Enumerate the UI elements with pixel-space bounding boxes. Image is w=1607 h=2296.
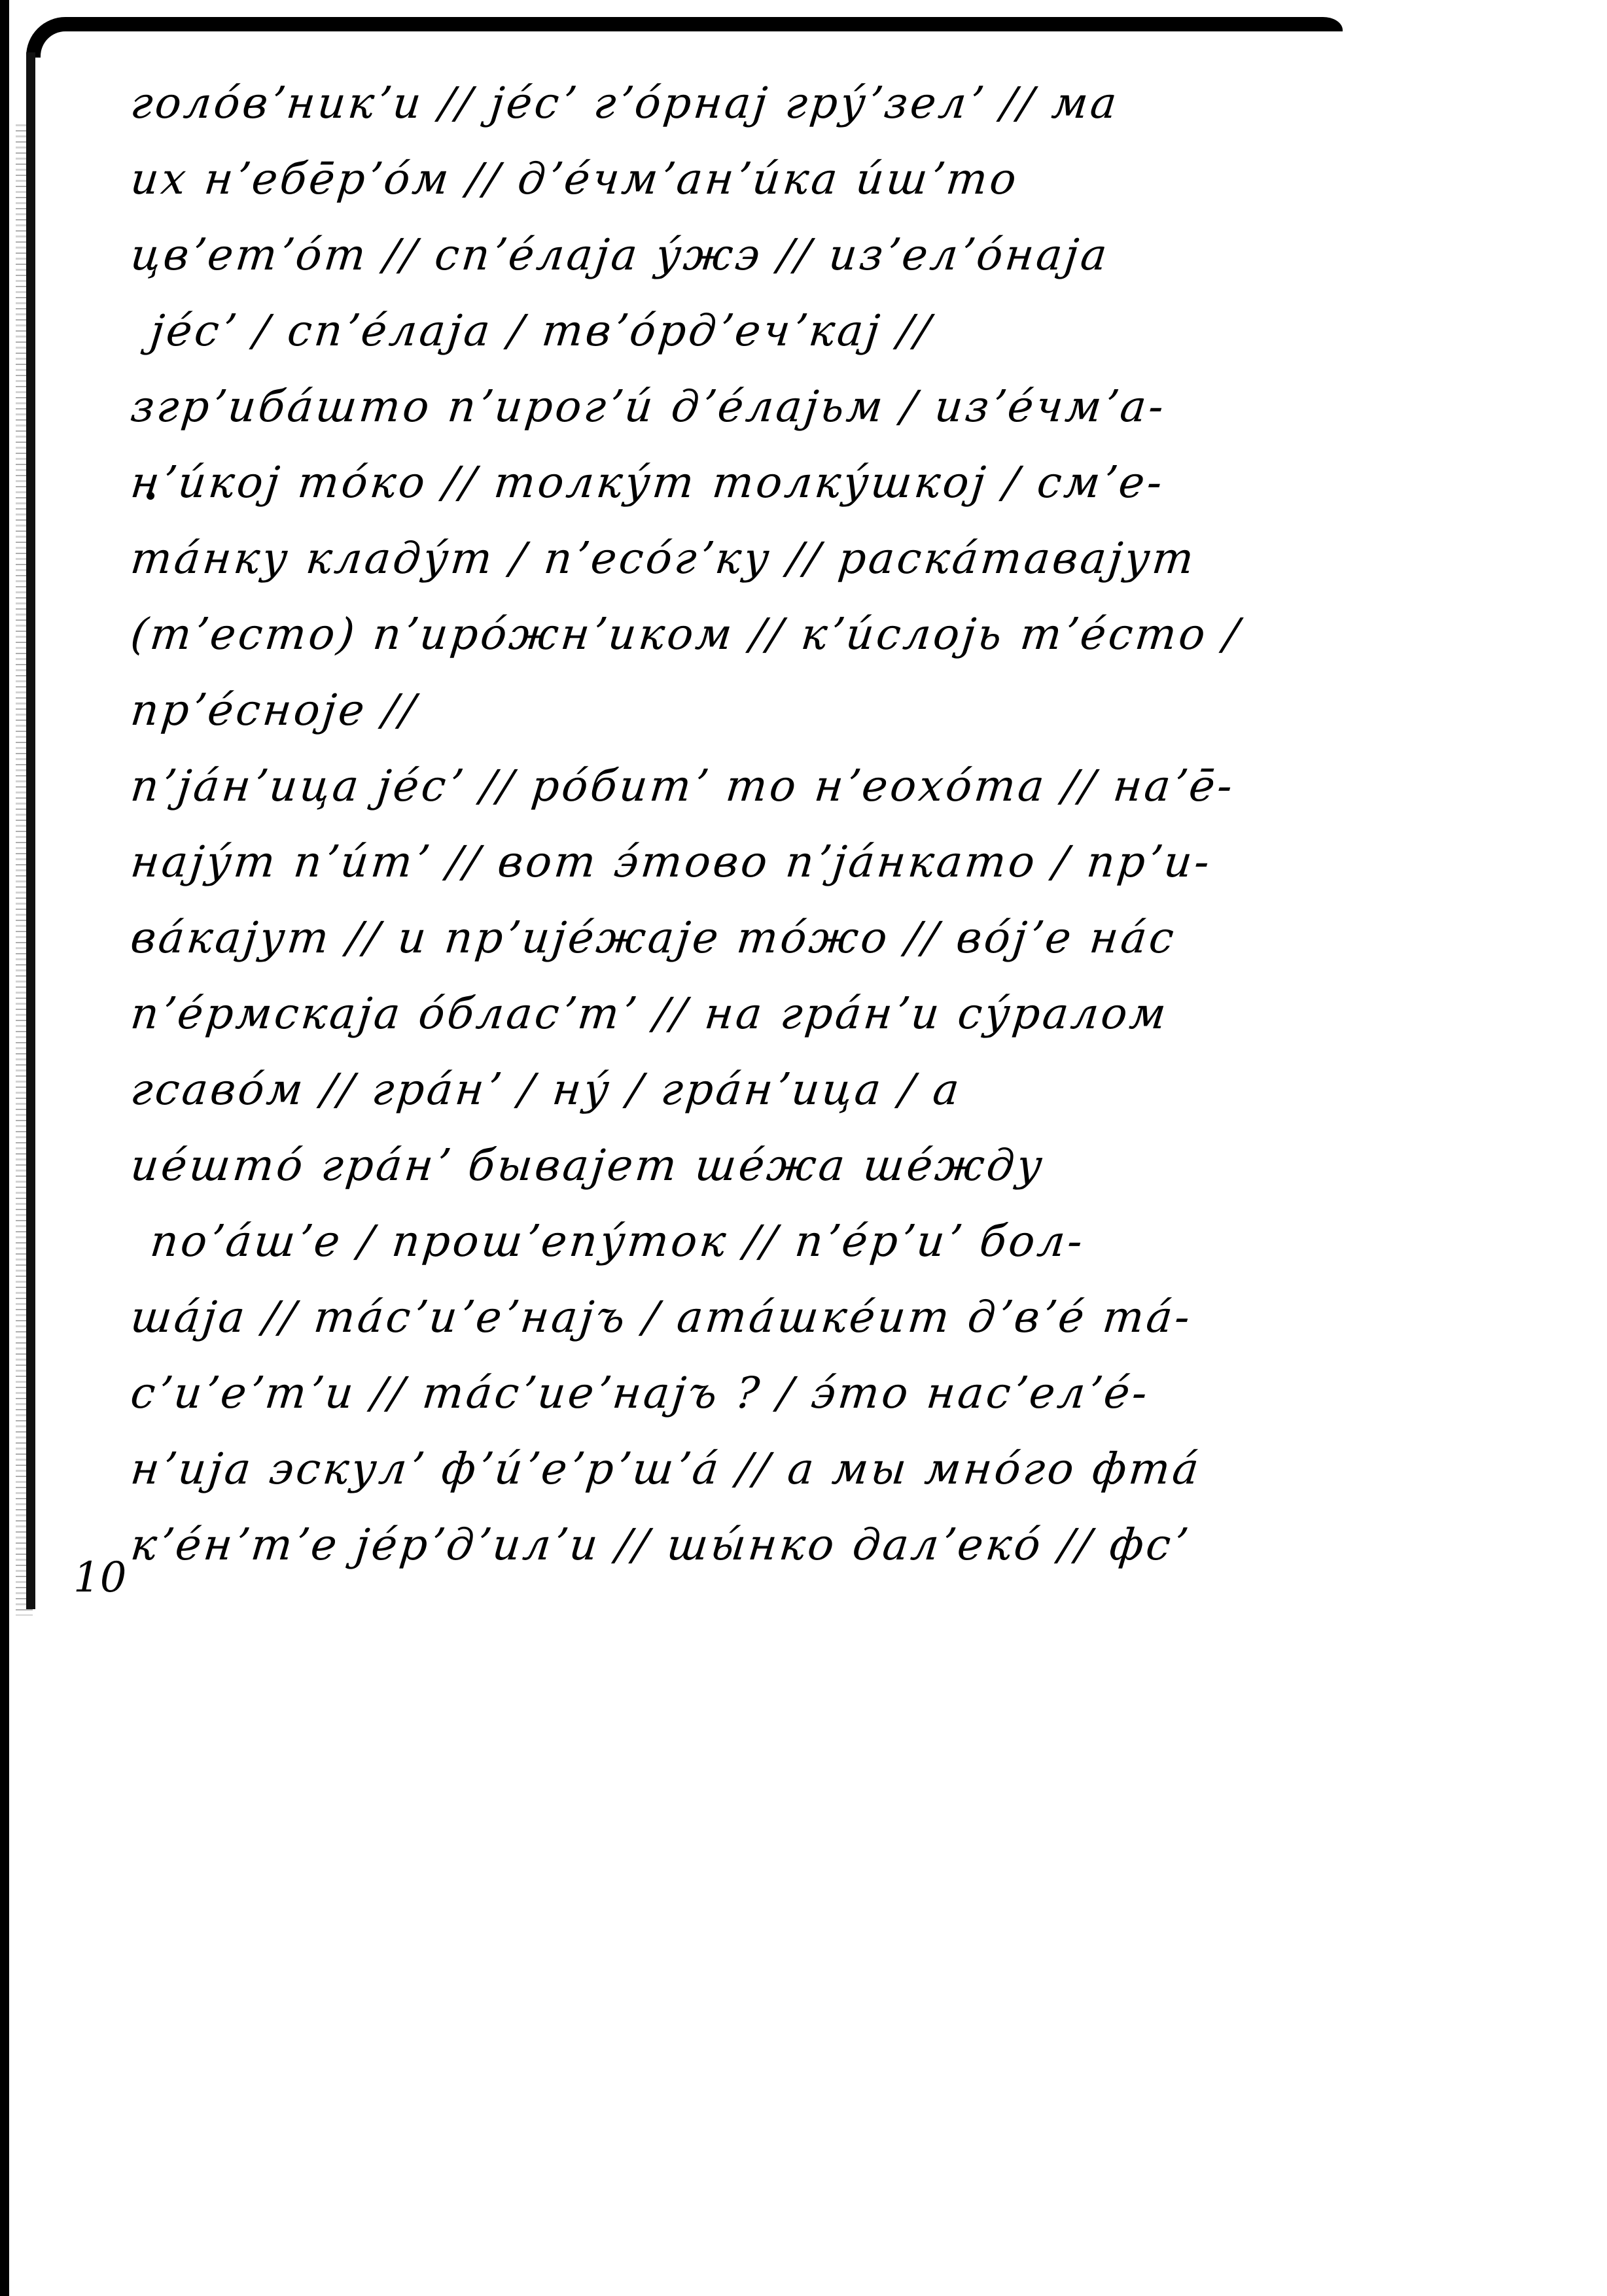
page-top-border <box>26 17 1343 58</box>
text-line: прʼе́сноjе // <box>127 672 1378 748</box>
page-number: 10 <box>73 1554 126 1602</box>
text-line: гсаво́м // гра́нʼ / ну́ / гра́нʼица / а <box>127 1052 1378 1128</box>
text-line: кʼе́нʼтʼе jе́рʼдʼилʼи // шы́нко далʼеко́… <box>127 1507 1378 1583</box>
text-line: голо́вʼникʼи // jе́сʼ гʼо́рнаj гру́ʼзелʼ… <box>127 65 1378 141</box>
text-line: пʼjа́нʼицa jе́сʼ // ро́битʼ то нʼеохо́та… <box>127 748 1378 824</box>
text-line: ва́каjут // и прʼиjе́жаjе то́жо // во́jʼ… <box>127 900 1378 976</box>
handwritten-text-block: голо́вʼникʼи // jе́сʼ гʼо́рнаj гру́ʼзелʼ… <box>131 65 1374 1583</box>
text-line: ша́jа // та́сʼиʼеʼнаjъ / ата́шке́ит дʼвʼ… <box>127 1279 1378 1355</box>
text-line: наjу́т пʼи́тʼ // вот э́тово пʼjа́нкато /… <box>127 824 1378 900</box>
text-line: поʼа́шʼе / прошʼепу́ток // пʼе́рʼиʼ бол- <box>127 1204 1378 1279</box>
manuscript-page: голо́вʼникʼи // jе́сʼ гʼо́рнаj гру́ʼзелʼ… <box>0 0 1607 2296</box>
text-line: нʼи́коj то́ко // толку́т толку́шкоj / см… <box>127 445 1378 521</box>
scan-left-edge <box>0 0 9 2296</box>
text-line: ие́што́ гра́нʼ бываjет ше́жа ше́жду <box>127 1128 1378 1204</box>
text-line: сʼиʼеʼтʼи // та́сʼиеʼнаjъ ? / э́то насʼе… <box>127 1355 1378 1431</box>
text-line: та́нку кладу́т / пʼесо́гʼку // раска́тав… <box>127 521 1378 597</box>
text-line: згрʼибáшто пʼирогʼи́ дʼе́лаjьм / изʼе́чм… <box>127 369 1378 445</box>
text-line: нʼиjа эскулʼ фʼи́ʼеʼрʼшʼа́ // а мы мно́г… <box>127 1431 1378 1507</box>
text-line: jе́сʼ / спʼе́лаjа / твʼо́рдʼечʼкаj // <box>127 293 1378 369</box>
text-line: цвʼетʼо́т // спʼе́лаjа у́жэ // изʼелʼо́н… <box>127 217 1378 293</box>
text-line: (тʼесто) пʼиро́жнʼиком // кʼи́слоjь тʼе́… <box>127 597 1378 672</box>
text-line: их нʼебе̄рʼо́м // дʼе́чмʼанʼи́ка и́шʼто <box>127 141 1378 217</box>
text-line: пʼе́рмскаjа о́бласʼтʼ // на гра́нʼи су́р… <box>127 976 1378 1052</box>
page-left-border <box>26 52 35 1609</box>
